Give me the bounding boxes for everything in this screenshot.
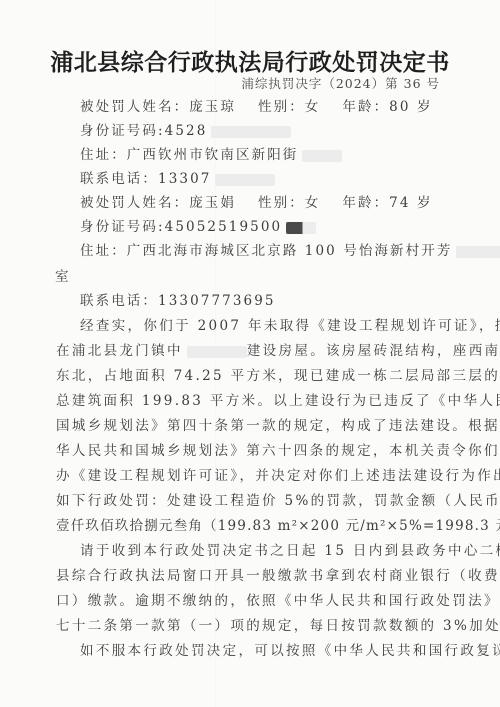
body-line: 经查实，你们于 2007 年未取得《建设工程规划许可证》，擅自 [80, 314, 500, 334]
party2-name-line: 被处罚人姓名：庞玉娟 性别：女 年龄：74 岁 [80, 191, 433, 211]
body-line: 口）缴款。逾期不缴纳的，依照《中华人民共和国行政处罚法》第 [56, 589, 500, 609]
redaction-block [286, 222, 316, 234]
party1-id-line: 身份证号码:4528 [80, 119, 291, 139]
redaction-block [187, 346, 247, 358]
body-line: 办《建设工程规划许可证》，并决定对你们上述违法建设行为作出 [56, 464, 500, 484]
party1-name-line: 被处罚人姓名：庞玉琼 性别：女 年龄：80 岁 [80, 95, 433, 115]
body-line: 东北，占地面积 74.25 平方米，现已建成一栋二层局部三层的房屋， [56, 364, 500, 384]
body-line: 县综合行政执法局窗口开具一般缴款书拿到农村商业银行（收费窗 [56, 564, 500, 584]
body-line: 在浦北县龙门镇中建设房屋。该房屋砖混结构，座西南向 [56, 339, 500, 359]
party1-address-text: 住址：广西钦州市钦南区新阳街 [80, 147, 298, 163]
body-line: 如不服本行政处罚决定，可以按照《中华人民共和国行政复议 [80, 639, 500, 659]
party2-address-text: 住址：广西北海市海城区北京路 100 号怡海新村开芳 [80, 243, 452, 259]
party2-address-cont: 室 [55, 265, 71, 285]
body-line: 七十二条第一款第（一）项的规定，每日按罚款数额的 3%加处罚款。 [56, 614, 500, 634]
body-line-head: 在浦北县龙门镇中 [56, 343, 183, 359]
redaction-block [302, 150, 342, 162]
party1-phone-line: 联系电话：13307 [80, 167, 275, 187]
party2-phone-line: 联系电话：13307773695 [80, 289, 276, 309]
body-line: 壹仟玖佰玖拾捌元叁角（199.83 m²×200 元/m²×5%=1998.3 … [56, 514, 500, 534]
party2-id-text: 身份证号码:45052519500 [80, 219, 282, 235]
body-line: 国城乡规划法》第四十条第一款的规定，构成了违法建设。根据《中 [56, 414, 500, 434]
body-line: 如下行政处罚：处建设工程造价 5%的罚款，罚款金额（人民币）: [56, 489, 500, 509]
party2-id-line: 身份证号码:45052519500 [80, 215, 316, 235]
document-title: 浦北县综合行政执法局行政处罚决定书 [0, 44, 500, 77]
party1-id-text: 身份证号码:4528 [80, 123, 207, 139]
body-line: 总建筑面积 199.83 平方米。以上建设行为已违反了《中华人民共和 [56, 389, 500, 409]
body-line: 华人民共和国城乡规划法》第六十四条的规定，本机关责令你们补 [56, 439, 500, 459]
party1-phone-text: 联系电话：13307 [80, 171, 211, 187]
body-line-tail: 建设房屋。该房屋砖混结构，座西南向 [247, 343, 500, 359]
document-number: 浦综执罚决字（2024）第 36 号 [241, 74, 440, 92]
redaction-block [215, 174, 275, 186]
document-page: 浦北县综合行政执法局行政处罚决定书 浦综执罚决字（2024）第 36 号 被处罚… [0, 0, 500, 707]
redaction-block [211, 126, 291, 138]
party1-address-line: 住址：广西钦州市钦南区新阳街 [80, 143, 342, 163]
party2-address-line: 住址：广西北海市海城区北京路 100 号怡海新村开芳 [80, 239, 500, 259]
redaction-block [456, 246, 500, 258]
body-line: 请于收到本行政处罚决定书之日起 15 日内到县政务中心二楼 [80, 539, 500, 559]
